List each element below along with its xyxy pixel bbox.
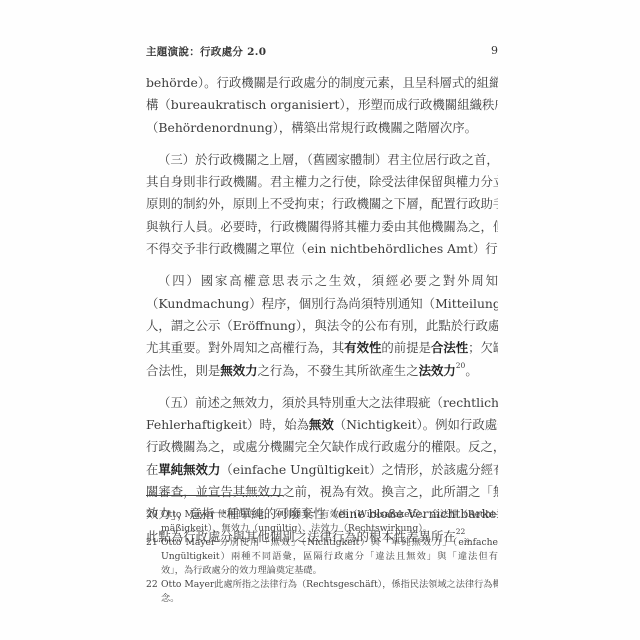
text-line: 尤其重要。對外周知之高權行為，其有效性的前提是合法性；欠缺 — [146, 337, 498, 359]
text-line: 人，謂之公示（Eröffnung），與法令的公布有別，此點於行政處分 — [146, 315, 498, 337]
footnote-line: Otto Mayer 使用的語彙，分別如下：有效性（Wirksamkeit）、合… — [161, 508, 498, 522]
text-line: （四）國家高權意思表示之生效，須經必要之對外周知 — [146, 270, 498, 292]
footnote-line: 念。 — [161, 592, 498, 606]
paragraph-p-continued: behörde）。行政機關是行政處分的制度元素，且呈科層式的組織結構（burea… — [146, 72, 498, 139]
text-line: （Kundmachung）程序，個別行為尚須特別通知（Mitteilung）當事 — [146, 293, 498, 315]
bold-term: 單純無效力 — [158, 462, 220, 477]
bold-term: 合法性 — [431, 340, 468, 355]
paragraph-p-four: （四）國家高權意思表示之生效，須經必要之對外周知（Kundmachung）程序，… — [146, 270, 498, 381]
footnote-line: Ungültigkeit）兩種不同語彙，區隔行政處分「違法且無效」與「違法但有 — [161, 550, 498, 564]
footnote-reference[interactable]: 20 — [456, 361, 466, 370]
text-line: 在單純無效力（einfache Ungültigkeit）之情形，於該處分經有權… — [146, 459, 498, 481]
page-number: 9 — [491, 44, 498, 57]
body-text: behörde）。行政機關是行政處分的制度元素，且呈科層式的組織結構（burea… — [146, 72, 498, 558]
book-page: 主題演說：行政處分 2.0 9 behörde）。行政機關是行政處分的制度元素，… — [0, 0, 640, 640]
text-line: （三）於行政機關之上層，（舊國家體制）君主位居行政之首， — [146, 149, 498, 171]
text-line: 合法性，則是無效力之行為，不發生其所欲產生之法效力20。 — [146, 360, 498, 382]
footnote-number: 22 — [146, 578, 158, 592]
bold-term: 無效力 — [220, 363, 257, 378]
text-line: 其自身則非行政機關。君主權力之行使，除受法律保留與權力分立 — [146, 171, 498, 193]
text-line: Fehlerhaftigkeit）時，始為無效（Nichtigkeit）。例如行… — [146, 414, 498, 436]
text-line: behörde）。行政機關是行政處分的制度元素，且呈科層式的組織結 — [146, 72, 498, 94]
footnote-separator — [146, 495, 283, 496]
footnote-20: 20Otto Mayer 使用的語彙，分別如下：有效性（Wirksamkeit）… — [146, 508, 498, 536]
footnote-number: 21 — [146, 536, 158, 550]
bold-term: 無效 — [309, 417, 334, 432]
footnote-21: 21Otto Mayer 分別使用「無效」（Nichtigkeit）與「單純無效… — [146, 536, 498, 578]
running-title: 主題演說：行政處分 2.0 — [146, 44, 266, 59]
text-line: （Behördenordnung），構築出常規行政機關之階層次序。 — [146, 117, 498, 139]
footnote-line: Otto Mayer 分別使用「無效」（Nichtigkeit）與「單純無效力」… — [161, 536, 498, 550]
text-line: 不得交予非行政機關之單位（ein nichtbehördliches Amt）行… — [146, 238, 498, 260]
text-line: 關審查，並宣告其無效力之前，視為有效。換言之，此所謂之「無 — [146, 481, 498, 503]
paragraph-p-three: （三）於行政機關之上層，（舊國家體制）君主位居行政之首，其自身則非行政機關。君主… — [146, 149, 498, 260]
bold-term: 法效力 — [419, 363, 456, 378]
footnotes: 20Otto Mayer 使用的語彙，分別如下：有效性（Wirksamkeit）… — [146, 508, 498, 606]
footnote-line: 效」，為行政處分的效力理論奠定基礎。 — [161, 564, 498, 578]
text-line: 原則的制約外，原則上不受拘束；行政機關之下層，配置行政助手 — [146, 193, 498, 215]
footnote-line: Otto Mayer此處所指之法律行為（Rechtsgeschäft），係指民法… — [161, 578, 498, 592]
text-line: （五）前述之無效力，須於具特別重大之法律瑕疵（rechtliche — [146, 392, 498, 414]
bold-term: 有效性 — [344, 340, 381, 355]
footnote-line: mäßigkeit）、無效力（ungültig）、法效力（Rechtswirku… — [161, 522, 498, 536]
text-line: 與執行人員。必要時，行政機關得將其權力委由其他機關為之，但 — [146, 216, 498, 238]
text-line: 行政機關為之，或處分機關完全欠缺作成行政處分的權限。反之， — [146, 436, 498, 458]
footnote-22: 22Otto Mayer此處所指之法律行為（Rechtsgeschäft），係指… — [146, 578, 498, 606]
running-header: 主題演說：行政處分 2.0 9 — [146, 44, 498, 60]
footnote-number: 20 — [146, 508, 158, 522]
text-line: 構（bureaukratisch organisiert），形塑而成行政機關組織… — [146, 94, 498, 116]
